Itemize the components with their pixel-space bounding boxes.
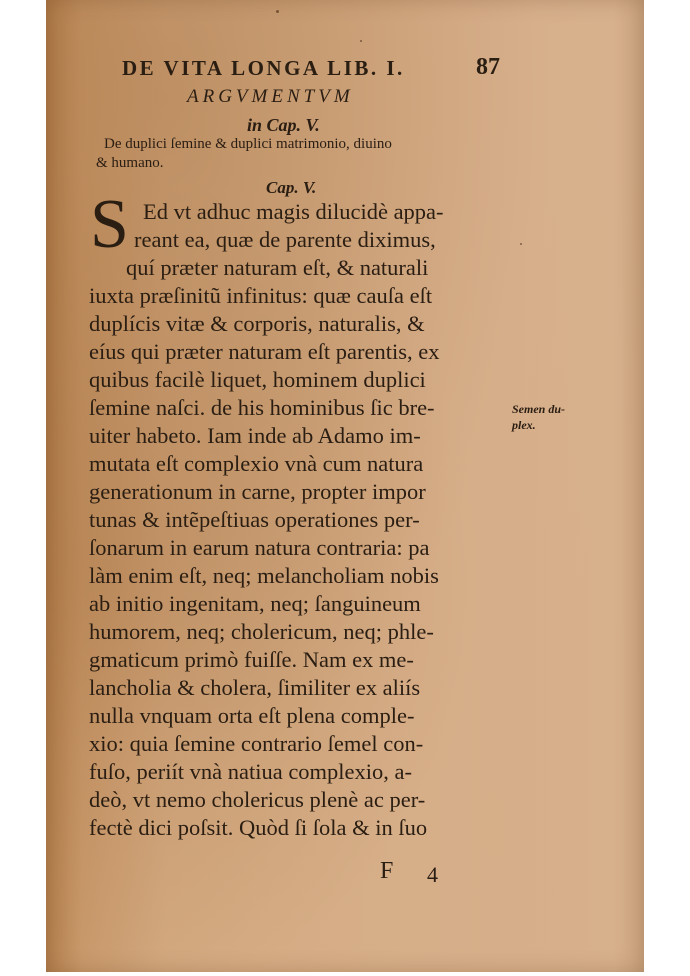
marginal-note-line-2: plex. <box>512 418 536 433</box>
drop-cap: S <box>90 190 129 260</box>
body-line: uiter habeto. Iam inde ab Adamo im- <box>89 423 421 449</box>
running-head: DE VITA LONGA LIB. I. <box>122 56 405 81</box>
body-line: xio: quia ſemine contrario ſemel con- <box>89 731 423 757</box>
chapter-summary-line-1: De duplici ſemine & duplici matrimonio, … <box>104 136 392 153</box>
chapter-heading: Cap. V. <box>266 178 316 198</box>
body-line: eíus qui præter naturam eſt parentis, ex <box>89 339 440 365</box>
page-number: 87 <box>476 54 500 81</box>
body-line: generationum in carne, propter impor <box>89 479 426 505</box>
chapter-summary-line-2: & humano. <box>96 155 164 172</box>
paper-speck <box>276 10 279 13</box>
paper-speck <box>520 243 522 245</box>
body-line: humorem, neq; cholericum, neq; phle- <box>89 619 434 645</box>
body-line: deò, vt nemo cholericus plenè ac per- <box>89 787 425 813</box>
body-line: gmaticum primò fuiſſe. Nam ex me- <box>89 647 414 673</box>
body-line: tunas & intẽpeſtiuas operationes per- <box>89 507 420 533</box>
body-line: iuxta præſinitũ infinitus: quæ cauſa eſt <box>89 283 432 309</box>
body-line: quibus facilè liquet, hominem duplici <box>89 367 426 393</box>
body-line: reant ea, quæ de parente diximus, <box>134 227 436 253</box>
body-line: ſemine naſci. de his hominibus ſic bre- <box>89 395 435 421</box>
argumentum-subtitle: in Cap. V. <box>247 115 320 136</box>
signature-number: 4 <box>427 862 438 888</box>
signature-mark: F <box>380 858 393 885</box>
body-line: fectè dici poſsit. Quòd ſi ſola & in ſuo <box>89 815 427 841</box>
body-line: lancholia & cholera, ſimiliter ex aliís <box>89 675 420 701</box>
body-line: quí præter naturam eſt, & naturali <box>126 255 428 281</box>
body-line: fuſo, periít vnà natiua complexio, a- <box>89 759 412 785</box>
body-line: duplícis vitæ & corporis, naturalis, & <box>89 311 425 337</box>
body-line: ſonarum in earum natura contraria: pa <box>89 535 429 561</box>
paper-speck <box>360 40 362 42</box>
body-line: mutata eſt complexio vnà cum natura <box>89 451 423 477</box>
body-line: ab initio ingenitam, neq; ſanguineum <box>89 591 421 617</box>
body-line: nulla vnquam orta eſt plena comple- <box>89 703 415 729</box>
marginal-note-line-1: Semen du- <box>512 402 565 417</box>
body-line: làm enim eſt, neq; melancholiam nobis <box>89 563 439 589</box>
body-line: Ed vt adhuc magis dilucidè appa- <box>143 199 444 225</box>
argumentum-title: ARGVMENTVM <box>187 86 354 108</box>
